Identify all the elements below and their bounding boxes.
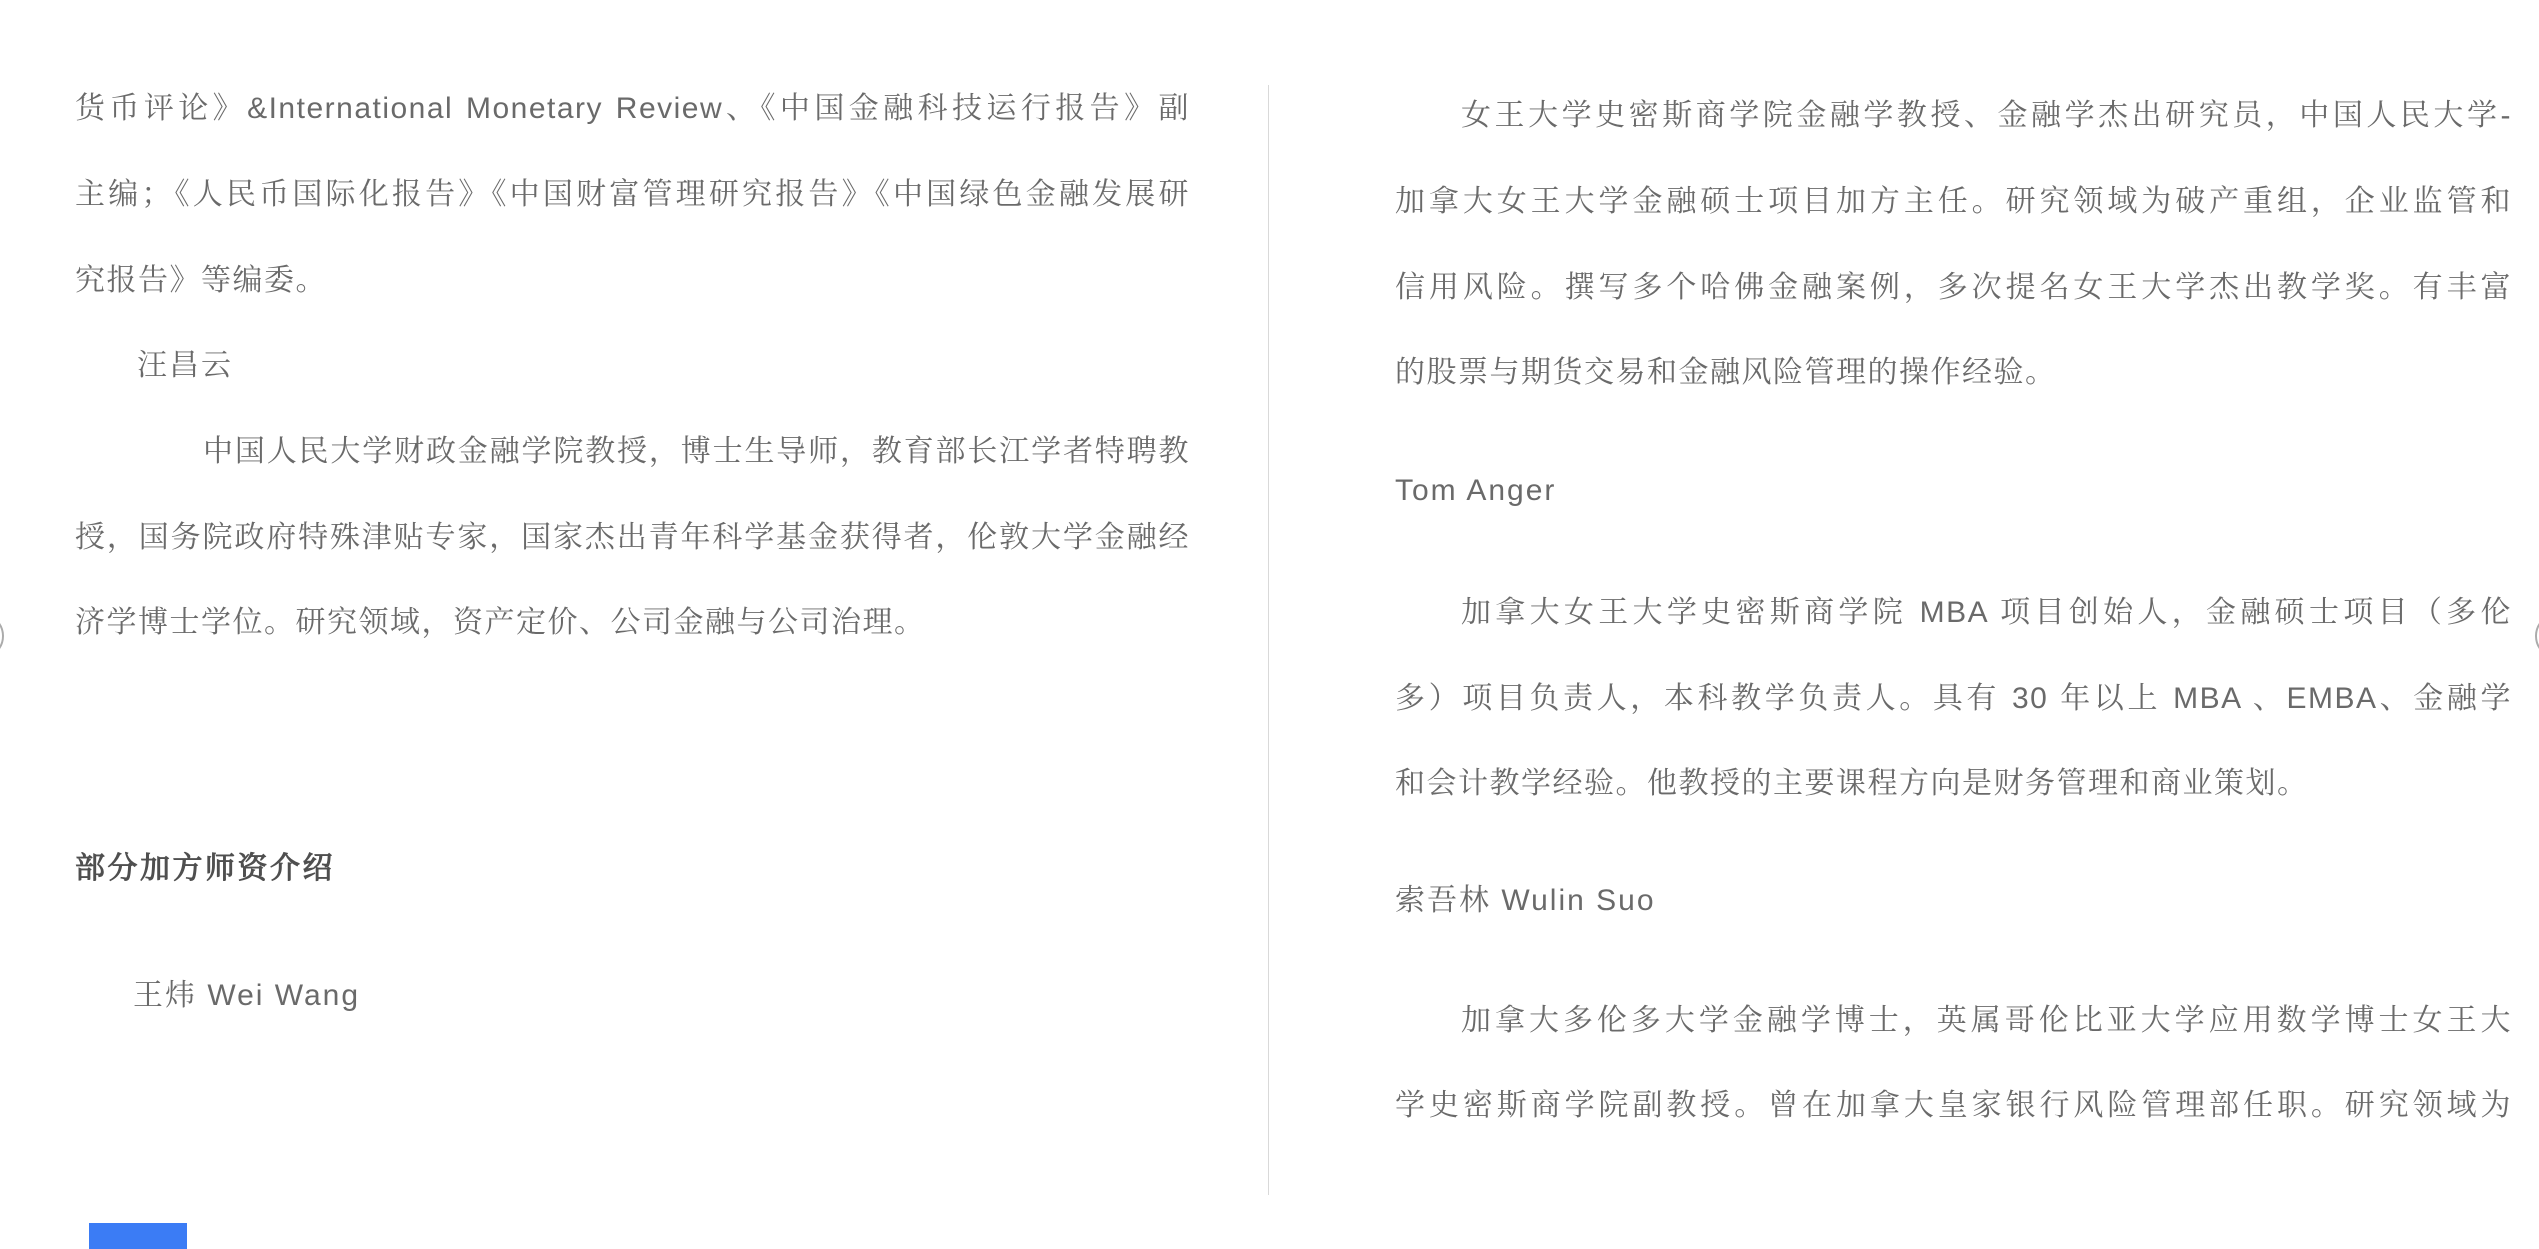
- text-line: 货币评论》&International Monetary Review、《中国金…: [75, 88, 1190, 130]
- text-line: 主编；《人民币国际化报告》《中国财富管理研究报告》《中国绿色金融发展研: [75, 174, 1190, 216]
- text-line: 加拿大女王大学史密斯商学院 MBA 项目创始人，金融硕士项目（多伦: [1395, 592, 2512, 634]
- professor-name-wulin-suo: 索吾林 Wulin Suo: [1395, 880, 2512, 922]
- text-line: 学史密斯商学院副教授。曾在加拿大皇家银行风险管理部任职。研究领域为: [1395, 1085, 2512, 1127]
- text-line: 信用风险。撰写多个哈佛金融案例，多次提名女王大学杰出教学奖。有丰富: [1395, 267, 2512, 309]
- text-line: 和会计教学经验。他教授的主要课程方向是财务管理和商业策划。: [1395, 763, 2512, 805]
- next-page-arrow-icon[interactable]: [2535, 613, 2539, 659]
- professor-name-wang-changyun: 汪昌云: [75, 345, 1190, 387]
- prev-page-arrow-icon[interactable]: [0, 613, 4, 659]
- text-line: 女王大学史密斯商学院金融学教授、金融学杰出研究员，中国人民大学-: [1395, 95, 2512, 137]
- text-line: 究报告》等编委。: [75, 260, 1190, 302]
- text-line: 授，国务院政府特殊津贴专家，国家杰出青年科学基金获得者，伦敦大学金融经: [75, 517, 1190, 559]
- professor-name-tom-anger: Tom Anger: [1395, 470, 2512, 512]
- page-right: 女王大学史密斯商学院金融学教授、金融学杰出研究员，中国人民大学- 加拿大女王大学…: [1395, 0, 2512, 1249]
- text-line: 济学博士学位。研究领域，资产定价、公司金融与公司治理。: [75, 602, 1190, 644]
- page-left: 货币评论》&International Monetary Review、《中国金…: [75, 0, 1190, 1249]
- section-heading: 部分加方师资介绍: [75, 848, 1190, 890]
- page-divider: [1268, 85, 1269, 1195]
- professor-name-wei-wang: 王炜 Wei Wang: [75, 975, 1190, 1017]
- text-line: 中国人民大学财政金融学院教授，博士生导师，教育部长江学者特聘教: [75, 431, 1190, 473]
- text-line: 加拿大多伦多大学金融学博士，英属哥伦比亚大学应用数学博士女王大: [1395, 1000, 2512, 1042]
- blue-bar: [89, 1223, 187, 1249]
- text-line: 多）项目负责人，本科教学负责人。具有 30 年以上 MBA 、EMBA、金融学: [1395, 678, 2512, 720]
- text-line: 的股票与期货交易和金融风险管理的操作经验。: [1395, 352, 2512, 394]
- text-line: 加拿大女王大学金融硕士项目加方主任。研究领域为破产重组，企业监管和: [1395, 181, 2512, 223]
